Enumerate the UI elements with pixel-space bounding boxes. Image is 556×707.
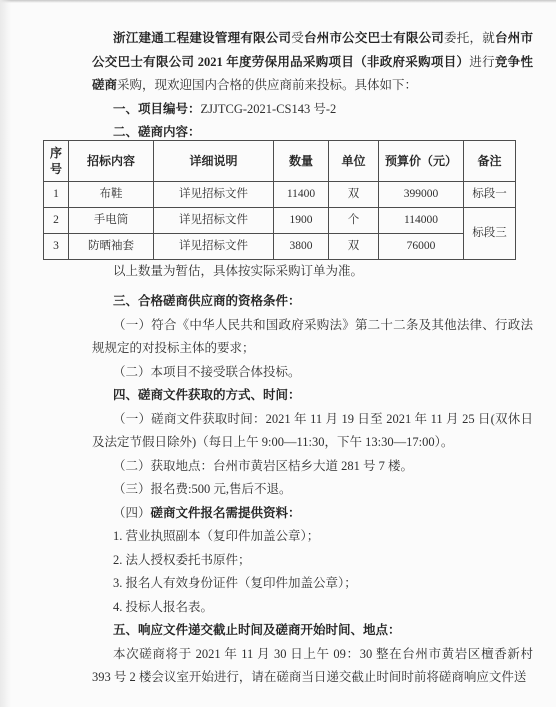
sec4-item1: （一）磋商文件获取时间：2021 年 11 月 19 日至 2021 年 11 … (92, 408, 533, 455)
sec3-item2: （二）本项目不接受联合体投标。 (92, 361, 533, 385)
cell-unit: 双 (329, 181, 379, 207)
cell-seq: 1 (44, 181, 69, 207)
cell-item: 手电筒 (69, 207, 154, 233)
document-content: 浙江建通工程建设管理有限公司受台州市公交巴士有限公司委托，就台州市公交巴士有限公… (43, 27, 533, 690)
sec4-doc2: 2. 法人授权委托书原件； (92, 549, 533, 573)
cell-unit: 双 (329, 233, 379, 259)
col-header-quantity: 数量 (274, 140, 329, 181)
col-header-unit: 单位 (329, 140, 379, 181)
col-header-seq: 序号 (44, 140, 69, 181)
sec4-item3: （三）报名费:500 元,售后不退。 (92, 478, 533, 502)
cell-budget: 399000 (379, 181, 464, 207)
cell-quantity: 11400 (274, 181, 329, 207)
sec5-body: 本次磋商将于 2021 年 11 月 30 日上午 09：30 整在台州市黄岩区… (92, 643, 533, 690)
cell-detail: 详见招标文件 (154, 181, 274, 207)
procurement-items-table: 序号 招标内容 详细说明 数量 单位 预算价（元） 备注 1 布鞋 详见招标文件… (43, 140, 516, 260)
col-header-detail: 详细说明 (154, 140, 274, 181)
cell-unit: 个 (329, 207, 379, 233)
scan-edge-top (0, 0, 556, 3)
sec5-heading: 五、响应文件递交截止时间及磋商开始时间、地点： (92, 619, 533, 643)
sec4-item2: （二）获取地点：台州市黄岩区桔乡大道 281 号 7 楼。 (92, 455, 533, 479)
cell-remark: 标段一 (464, 181, 516, 207)
sec4-item4: （四）磋商文件报名需提供资料： (92, 502, 533, 526)
sec4-doc4: 4. 投标人报名表。 (92, 596, 533, 620)
project-number-line: 一、项目编号：ZJJTCG-2021-CS143 号-2 (92, 98, 533, 122)
table-row: 2 手电筒 详见招标文件 1900 个 114000 标段三 (44, 207, 516, 233)
table-row: 1 布鞋 详见招标文件 11400 双 399000 标段一 (44, 181, 516, 207)
col-header-budget: 预算价（元） (379, 140, 464, 181)
sec4-doc3: 3. 报名人有效身份证件（复印件加盖公章）； (92, 572, 533, 596)
cell-item: 布鞋 (69, 181, 154, 207)
cell-budget: 76000 (379, 233, 464, 259)
cell-seq: 3 (44, 233, 69, 259)
cell-budget: 114000 (379, 207, 464, 233)
cell-item: 防晒袖套 (69, 233, 154, 259)
intro-paragraph: 浙江建通工程建设管理有限公司受台州市公交巴士有限公司委托，就台州市公交巴士有限公… (92, 27, 533, 98)
cell-detail: 详见招标文件 (154, 233, 274, 259)
sec3-heading: 三、合格磋商供应商的资格条件： (92, 290, 533, 314)
scanned-document-page: 浙江建通工程建设管理有限公司受台州市公交巴士有限公司委托，就台州市公交巴士有限公… (0, 0, 556, 707)
quantity-note: 以上数量为暂估，具体按实际采购订单为准。 (92, 260, 533, 284)
table-header-row: 序号 招标内容 详细说明 数量 单位 预算价（元） 备注 (44, 140, 516, 181)
sec4-doc1: 1. 营业执照副本（复印件加盖公章）； (92, 525, 533, 549)
col-header-item: 招标内容 (69, 140, 154, 181)
sec4-heading: 四、磋商文件获取的方式、时间： (92, 384, 533, 408)
scan-edge-left (0, 0, 11, 707)
col-header-remark: 备注 (464, 140, 516, 181)
sec3-item1: （一）符合《中华人民共和国政府采购法》第二十二条及其他法律、行政法规规定的对投标… (92, 314, 533, 361)
cell-seq: 2 (44, 207, 69, 233)
cell-quantity: 1900 (274, 207, 329, 233)
cell-quantity: 3800 (274, 233, 329, 259)
table-row: 3 防晒袖套 详见招标文件 3800 双 76000 (44, 233, 516, 259)
cell-remark-merged: 标段三 (464, 207, 516, 259)
cell-detail: 详见招标文件 (154, 207, 274, 233)
